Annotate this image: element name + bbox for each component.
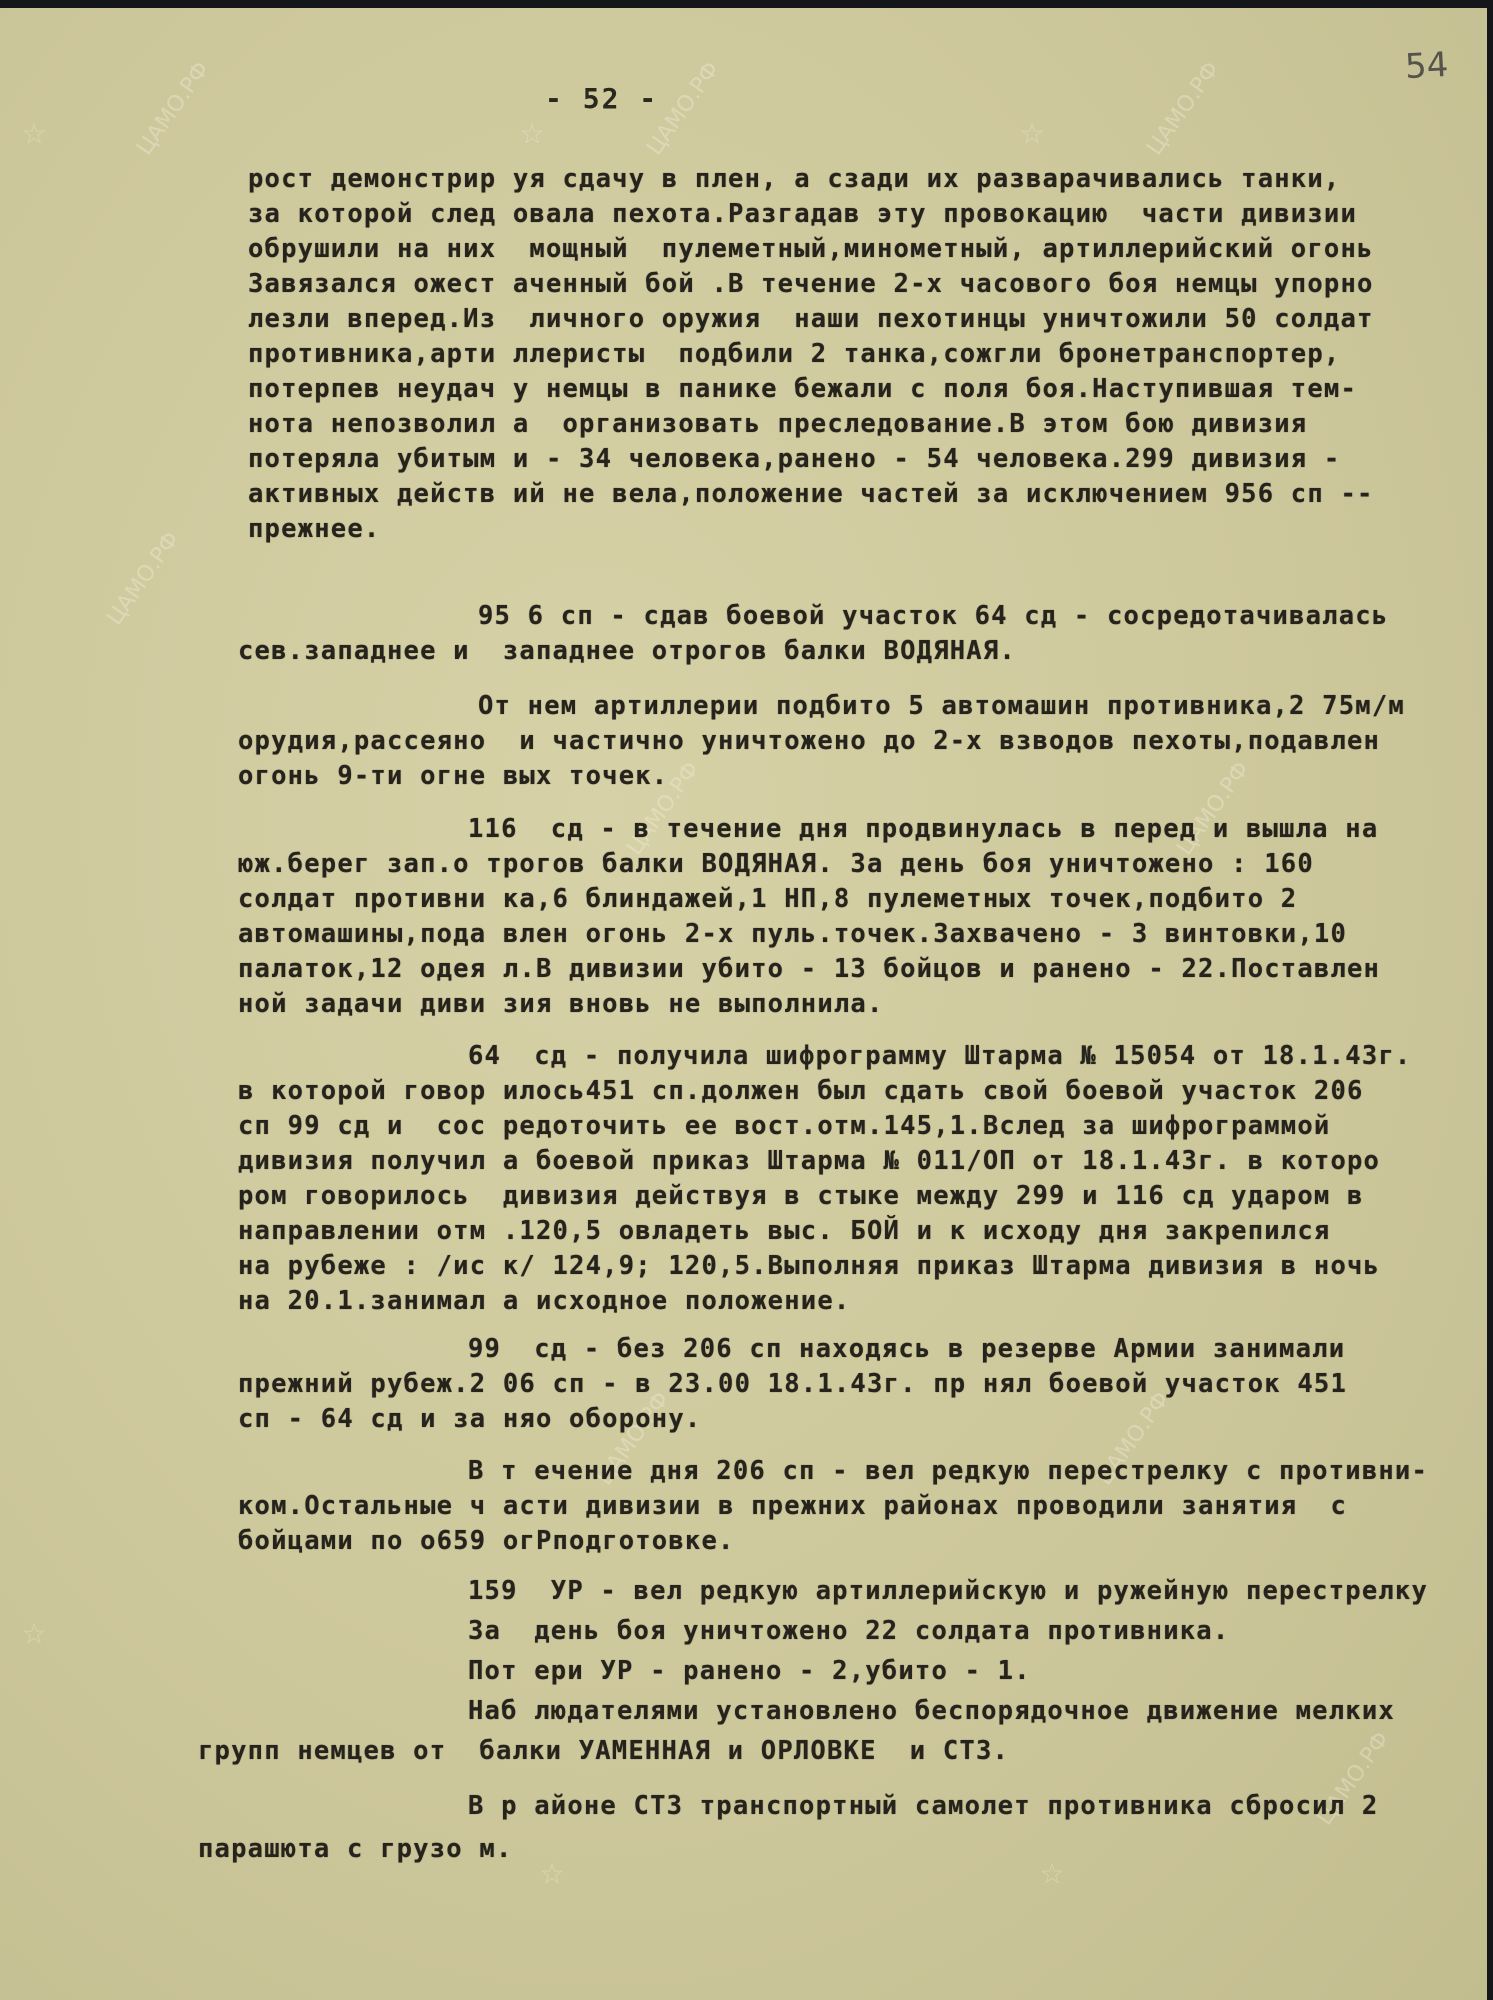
text-line: сев.западнее и западнее отрогов балки ВО… [238, 636, 1016, 666]
watermark-camo: ЦАМО.РФ [104, 529, 184, 630]
document-page: ЦАМО.РФ ЦАМО.РФ ЦАМО.РФ ЦАМО.РФ ЦАМО.РФ … [0, 8, 1487, 2000]
text-line: юж.берег зап.о трогов балки ВОДЯНАЯ. За … [238, 849, 1314, 879]
text-line: парашюта с грузо м. [198, 1834, 513, 1864]
text-line: От нем артиллерии подбито 5 автомашин пр… [478, 691, 1405, 721]
text-line: прежнее. [248, 514, 380, 544]
text-line: За день боя уничтожено 22 солдата против… [468, 1616, 1229, 1646]
star-icon: ☆ [22, 108, 46, 154]
text-line: рост демонстрир уя сдачу в плен, а сзади… [248, 164, 1340, 194]
text-line: 159 УР - вел редкую артиллерийскую и руж… [468, 1576, 1428, 1606]
watermark-camo: ЦАМО.РФ [134, 59, 214, 160]
text-line: 64 сд - получила шифрограмму Штарма № 15… [468, 1041, 1411, 1071]
text-line: сп - 64 сд и за няо оборону. [238, 1404, 701, 1434]
text-line: обрушили на них мощный пулеметный,миноме… [248, 234, 1374, 264]
text-line: противника,арти ллеристы подбили 2 танка… [248, 339, 1340, 369]
text-line: направлении отм .120,5 овладеть выс. БОЙ… [238, 1216, 1330, 1246]
text-line: палаток,12 одея л.В дивизии убито - 13 б… [238, 954, 1380, 984]
star-icon: ☆ [1040, 1848, 1064, 1894]
text-line: на рубеже : /ис к/ 124,9; 120,5.Выполняя… [238, 1251, 1380, 1281]
page-number: - 52 - [545, 82, 658, 115]
star-icon: ☆ [520, 108, 544, 154]
text-line: групп немцев от балки УАМЕННАЯ и ОРЛОВКЕ… [198, 1736, 1009, 1766]
text-line: дивизия получил а боевой приказ Штарма №… [238, 1146, 1380, 1176]
text-line: В т ечение дня 206 сп - вел редкую перес… [468, 1456, 1428, 1486]
text-line: В р айоне СТЗ транспортный самолет проти… [468, 1791, 1378, 1821]
text-line: потерпев неудач у немцы в панике бежали … [248, 374, 1357, 404]
text-line: солдат противни ка,6 блиндажей,1 НП,8 пу… [238, 884, 1297, 914]
text-line: Наб людателями установлено беспорядочное… [468, 1696, 1395, 1726]
text-line: Пот ери УР - ранено - 2,убито - 1. [468, 1656, 1031, 1686]
text-line: в которой говор илось451 сп.должен был с… [238, 1076, 1364, 1106]
text-line: на 20.1.занимал а исходное положение. [238, 1286, 850, 1316]
text-line: автомашины,пода влен огонь 2-х пуль.точе… [238, 919, 1347, 949]
text-line: нота непозволил а организовать преследов… [248, 409, 1307, 439]
text-line: ром говорилось дивизия действуя в стыке … [238, 1181, 1364, 1211]
star-icon: ☆ [22, 1608, 46, 1654]
text-line: активных действ ий не вела,положение час… [248, 479, 1374, 509]
text-line: 116 сд - в течение дня продвинулась в пе… [468, 814, 1378, 844]
watermark-camo: ЦАМО.РФ [1174, 759, 1254, 860]
text-line: сп 99 сд и сос редоточить ее вост.отм.14… [238, 1111, 1330, 1141]
text-line: Завязался ожест аченный бой .В течение 2… [248, 269, 1374, 299]
text-line: ной задачи диви зия вновь не выполнила. [238, 989, 884, 1019]
text-line: огонь 9-ти огне вых точек. [238, 761, 668, 791]
text-line: 95 6 сп - сдав боевой участок 64 сд - со… [478, 601, 1388, 631]
text-line: бойцами по о659 огРподготовке. [238, 1526, 735, 1556]
text-line: орудия,рассеяно и частично уничтожено до… [238, 726, 1380, 756]
text-line: 99 сд - без 206 сп находясь в резерве Ар… [468, 1334, 1345, 1364]
star-icon: ☆ [1020, 108, 1044, 154]
text-line: ком.Остальные ч асти дивизии в прежних р… [238, 1491, 1347, 1521]
text-line: за которой след овала пехота.Разгадав эт… [248, 199, 1357, 229]
star-icon: ☆ [540, 1848, 564, 1894]
text-line: лезли вперед.Из личного оружия наши пехо… [248, 304, 1374, 334]
archive-sheet-number: 54 [1404, 45, 1449, 87]
watermark-camo: ЦАМО.РФ [1144, 59, 1224, 160]
text-line: прежний рубеж.2 06 сп - в 23.00 18.1.43г… [238, 1369, 1347, 1399]
text-line: потеряла убитым и - 34 человека,ранено -… [248, 444, 1340, 474]
